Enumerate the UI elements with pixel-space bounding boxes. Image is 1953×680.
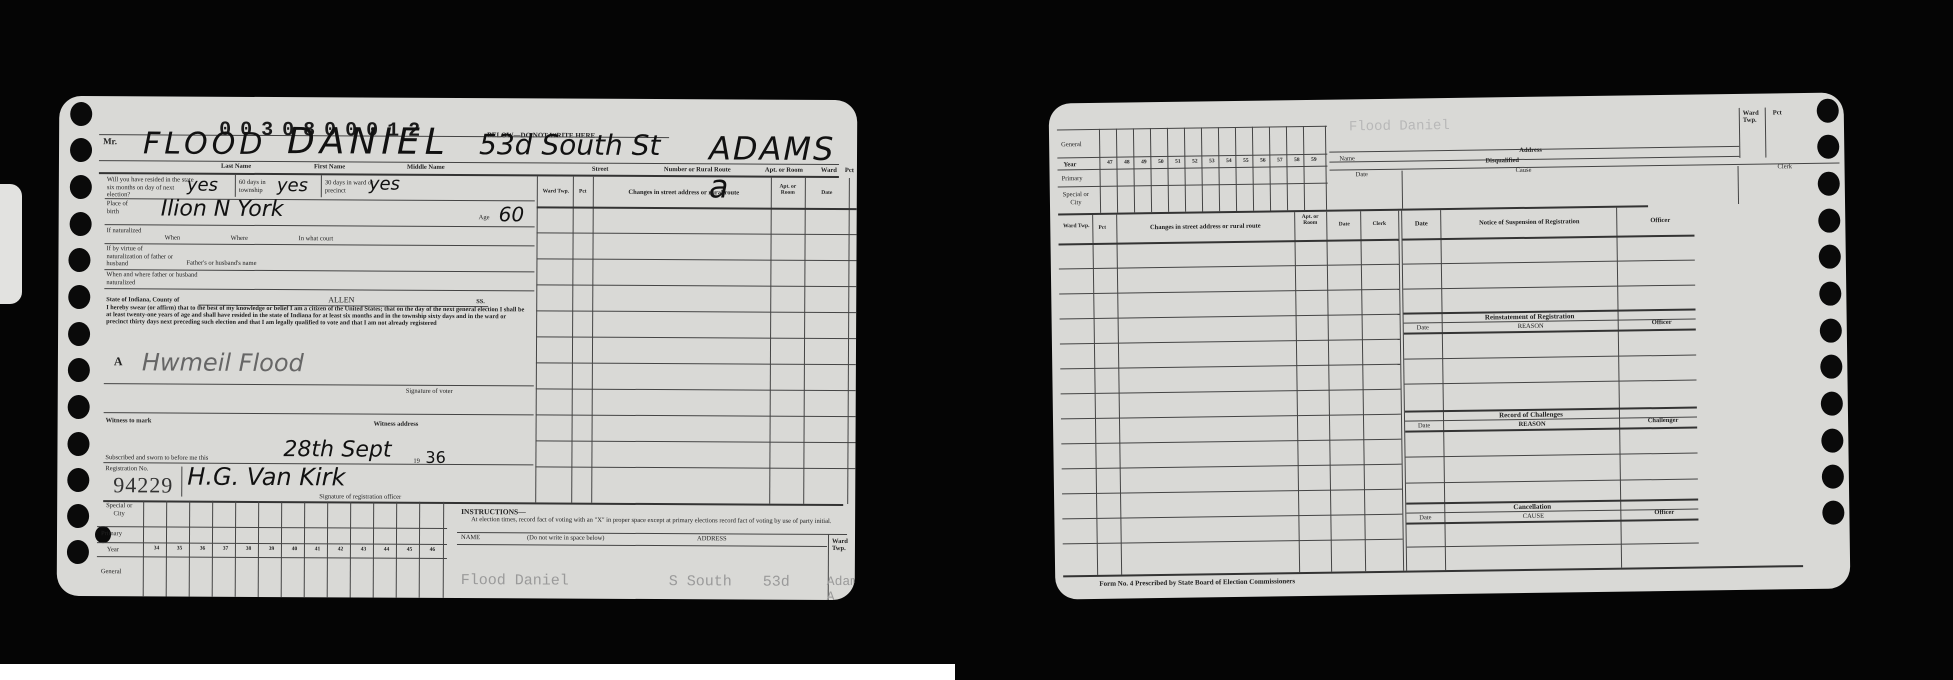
street-value: 53d South St — [479, 128, 661, 162]
table-row — [1061, 414, 1401, 420]
year-cell: 44 — [375, 547, 398, 553]
year-cell: 39 — [260, 546, 283, 552]
first-name-label: First Name — [314, 163, 345, 170]
year-cell: 37 — [214, 546, 237, 552]
rule — [457, 544, 827, 547]
punch-hole-icon — [67, 468, 89, 492]
punch-hole-icon — [70, 212, 92, 236]
typed-name: Flood Daniel — [461, 572, 569, 590]
back-changes-header-apt: Apt. or Room — [1298, 214, 1322, 226]
back-vote-grid-years: 47 48 49 50 51 52 53 54 55 56 57 58 59 — [1101, 157, 1322, 166]
table-row — [536, 414, 856, 417]
residency-60-answer: yes — [277, 175, 308, 196]
voter-signature-label: Signature of voter — [406, 388, 453, 396]
punch-hole-icon — [1822, 501, 1844, 525]
witness-mark-label: Witness to mark — [106, 417, 152, 424]
divider — [181, 467, 182, 497]
divider — [1235, 127, 1237, 211]
table-row — [1406, 479, 1698, 484]
punch-hole-icon — [1819, 245, 1841, 269]
year-cell: 41 — [306, 546, 329, 552]
punch-hole-icon — [1818, 172, 1840, 196]
punch-hole-icon — [68, 322, 90, 346]
table-row — [536, 336, 856, 339]
back-clerk-label: Clerk — [1777, 163, 1792, 171]
naturalized-where-label: Where — [231, 235, 248, 243]
stub-name-label: NAME — [461, 534, 480, 542]
back-grid-label-general: General — [1061, 141, 1082, 149]
cancellation-header-officer: Officer — [1624, 508, 1704, 516]
apt-label: Apt. or Room — [765, 167, 803, 174]
back-pct-label: Pct — [1773, 109, 1782, 116]
typed-number: 53d — [763, 574, 790, 591]
punch-hole-icon — [70, 102, 92, 126]
street-label: Street — [592, 166, 609, 173]
table-row — [537, 232, 857, 235]
divider — [1133, 128, 1135, 212]
challenges-header-date: Date — [1407, 422, 1441, 429]
divider — [1150, 128, 1152, 212]
birth-label: Place of birth — [107, 200, 137, 215]
divider — [1201, 127, 1203, 211]
grid-label-special: Special or City — [101, 502, 137, 517]
table-row — [1406, 453, 1698, 458]
divider — [1116, 129, 1118, 213]
last-name-value: FLOOD — [143, 126, 267, 162]
rule — [537, 206, 857, 210]
divider — [235, 175, 236, 197]
punch-hole-icon — [1818, 209, 1840, 233]
voter-registration-card-front: 0030800012 BELOW—DO NOT WRITE HERE Mr. F… — [57, 96, 858, 600]
voter-signature: Hwmeil Flood — [142, 348, 304, 377]
residency-30-answer: yes — [369, 174, 400, 195]
table-row — [1063, 539, 1403, 545]
rule — [1063, 565, 1803, 577]
middle-name-label: Middle Name — [407, 164, 445, 171]
divider — [1252, 127, 1254, 211]
back-grid-label-special: Special or City — [1062, 191, 1090, 206]
divider — [1167, 128, 1169, 212]
officer-signature-label: Signature of registration officer — [319, 493, 401, 501]
punch-hole-icon — [1821, 429, 1843, 453]
table-row — [1405, 380, 1697, 385]
table-row — [535, 466, 855, 469]
stub-no-write-label: (Do not write in space below) — [527, 534, 604, 542]
divider — [847, 178, 850, 504]
divider — [1303, 126, 1305, 210]
table-row — [1403, 285, 1695, 290]
residency-state-answer: yes — [187, 175, 218, 196]
changes-header-date: Date — [807, 190, 847, 196]
changes-header-address: Changes in street address or rural route — [599, 189, 769, 197]
table-row — [536, 388, 856, 391]
suspension-header-officer: Officer — [1620, 216, 1700, 224]
rule — [1058, 205, 1648, 215]
punch-hole-icon — [68, 285, 90, 309]
punch-hole-icon — [70, 175, 92, 199]
punch-hole-icon — [68, 248, 90, 272]
subscribed-month: Sept — [341, 437, 391, 462]
form-footer: Form No. 4 Prescribed by State Board of … — [1099, 578, 1295, 588]
divider — [1765, 108, 1767, 158]
changes-header-pct: Pct — [575, 189, 591, 195]
reinstatement-header-officer: Officer — [1622, 318, 1702, 326]
table-row — [1061, 389, 1401, 395]
divider — [1218, 127, 1220, 211]
year-cell: 42 — [329, 546, 352, 552]
table-row — [1407, 543, 1699, 548]
back-changes-header-date: Date — [1330, 221, 1358, 227]
punch-hole-icon — [1821, 392, 1843, 416]
divider — [1099, 129, 1101, 213]
naturalized-court-label: In what court — [299, 235, 334, 243]
table-row — [536, 310, 856, 313]
punch-hole-icon — [67, 504, 89, 528]
punch-hole-icon — [1820, 355, 1842, 379]
reinstatement-header-date: Date — [1406, 324, 1440, 331]
year-cell: 34 — [145, 545, 168, 551]
year-cell: 46 — [421, 547, 444, 553]
table-row — [1062, 489, 1402, 495]
grid-label-general: General — [101, 568, 122, 576]
rule — [104, 383, 534, 386]
year-cell: 38 — [237, 546, 260, 552]
year-cell: 35 — [168, 545, 191, 551]
grid-label-year: Year — [107, 546, 119, 554]
table-row — [1062, 464, 1402, 470]
voter-registration-card-back: General Year Primary Special or City 47 … — [1049, 92, 1851, 599]
voter-mark: A — [114, 358, 123, 365]
oath-ss: SS. — [476, 298, 485, 305]
back-grid-label-primary: Primary — [1062, 175, 1083, 183]
table-row — [536, 440, 856, 443]
table-row — [1403, 260, 1695, 265]
rule — [457, 532, 847, 535]
ward-label: Ward — [821, 167, 837, 174]
suspension-header-notice: Notice of Suspension of Registration — [1444, 218, 1614, 227]
suspension-header-date: Date — [1404, 220, 1438, 227]
last-name-label: Last Name — [221, 163, 251, 170]
age-value: 60 — [499, 202, 525, 226]
back-ward-label: Ward Twp. — [1743, 110, 1763, 124]
typed-street: S South — [669, 573, 732, 590]
officer-signature: H.G. Van Kirk — [187, 463, 345, 492]
table-row — [1059, 264, 1399, 270]
punch-hole-icon — [1820, 319, 1842, 343]
cancellation-header-date: Date — [1408, 514, 1442, 521]
table-row — [1059, 289, 1399, 295]
divider — [1325, 126, 1327, 210]
punch-hole-icon — [1817, 135, 1839, 159]
grid-label-primary: Primary — [101, 530, 122, 538]
divider — [803, 178, 806, 504]
table-row — [1062, 514, 1402, 520]
year-cell: 45 — [398, 547, 421, 553]
father-naturalization-label: If by virtue of naturalization of father… — [106, 245, 178, 268]
instructions-title: INSTRUCTIONS— — [461, 508, 526, 515]
divider — [1269, 126, 1271, 210]
punch-hole-icon — [1822, 465, 1844, 489]
father-name-label: Father's or husband's name — [186, 260, 256, 268]
birth-value: Ilion N York — [161, 196, 284, 222]
changes-header-apt: Apt. or Room — [773, 184, 803, 196]
mr-label: Mr. — [103, 138, 117, 145]
rule — [1329, 156, 1739, 163]
subscribed-label: Subscribed and sworn to before me this — [105, 454, 208, 462]
pct-label: Pct — [845, 167, 854, 174]
rule — [1059, 239, 1399, 246]
punch-hole-icon — [68, 395, 90, 419]
divider — [1738, 166, 1740, 204]
rule — [1330, 163, 1840, 171]
divider — [1184, 128, 1186, 212]
first-name-value: DANIEL — [287, 121, 450, 163]
punch-hole-icon — [70, 138, 92, 162]
typed-county: Adams A — [827, 574, 858, 600]
back-changes-header-pct: Pct — [1092, 225, 1112, 231]
table-row — [1404, 355, 1696, 360]
witness-address-label: Witness address — [374, 421, 419, 428]
back-disqualified-label: Disqualified — [1485, 157, 1519, 164]
changes-header-clerk: Clerk — [851, 190, 858, 196]
divider — [1402, 171, 1404, 209]
punch-hole-icon — [1819, 282, 1841, 306]
number-label: Number or Rural Route — [664, 166, 731, 173]
stub-address-label: ADDRESS — [697, 535, 727, 543]
oath-state-label: State of Indiana, County of — [106, 296, 179, 304]
punch-hole-icon — [68, 358, 90, 382]
punch-hole-icon — [67, 432, 89, 456]
instructions-text: At election times, record fact of voting… — [471, 516, 857, 526]
back-changes-header-ward: Ward Twp. — [1062, 223, 1090, 229]
divider — [1739, 108, 1741, 158]
divider — [571, 177, 574, 503]
back-grid-label-year: Year — [1063, 161, 1076, 168]
faint-writing: Flood Daniel — [1349, 118, 1450, 135]
back-date-label: Date — [1356, 171, 1368, 179]
registration-number: 94229 — [113, 472, 173, 498]
rule — [104, 412, 534, 415]
father-when-where-label: When and where father or husband natural… — [106, 271, 206, 287]
divider — [591, 177, 594, 503]
naturalized-when-label: When — [165, 234, 181, 242]
table-row — [536, 362, 856, 365]
oath-county-value: ALLEN — [328, 296, 354, 304]
changes-header-ward: Ward Twp. — [541, 188, 571, 194]
year-cell: 36 — [191, 546, 214, 552]
rule — [1402, 235, 1694, 241]
naturalized-label: If naturalized — [107, 227, 147, 235]
punch-hole-icon — [1817, 99, 1839, 123]
divider — [1286, 126, 1288, 210]
table-row — [1060, 364, 1400, 370]
back-address-label: Address — [1519, 147, 1542, 154]
back-changes-header-address: Changes in street address or rural route — [1120, 222, 1290, 231]
oath-text: I hereby swear (or affirm) that to the b… — [106, 304, 526, 328]
divider — [535, 176, 538, 502]
stub-ward-label: Ward Twp. — [832, 538, 852, 552]
year-cell: 59 — [1305, 157, 1322, 163]
rule — [104, 288, 534, 291]
table-row — [1060, 314, 1400, 320]
divider — [321, 175, 322, 197]
table-row — [536, 258, 856, 261]
table-row — [536, 284, 856, 287]
table-row — [1060, 339, 1400, 345]
adjacent-card-edge — [0, 184, 22, 304]
rule — [97, 556, 447, 559]
rule — [103, 500, 843, 506]
challenges-header-challenger: Challenger — [1623, 416, 1703, 424]
rule — [97, 526, 447, 529]
divider — [855, 534, 856, 600]
rule — [105, 224, 535, 227]
punch-hole-icon — [67, 540, 89, 564]
scan-margin-strip — [0, 664, 955, 680]
age-label: Age — [479, 214, 490, 222]
subscribed-day: 28th — [283, 437, 334, 462]
back-changes-header-clerk: Clerk — [1362, 221, 1396, 227]
year-cell: 43 — [352, 546, 375, 552]
year-cell: 40 — [283, 546, 306, 552]
table-row — [1061, 439, 1401, 445]
back-cause-label: Cause — [1516, 167, 1532, 175]
divider — [769, 178, 772, 504]
